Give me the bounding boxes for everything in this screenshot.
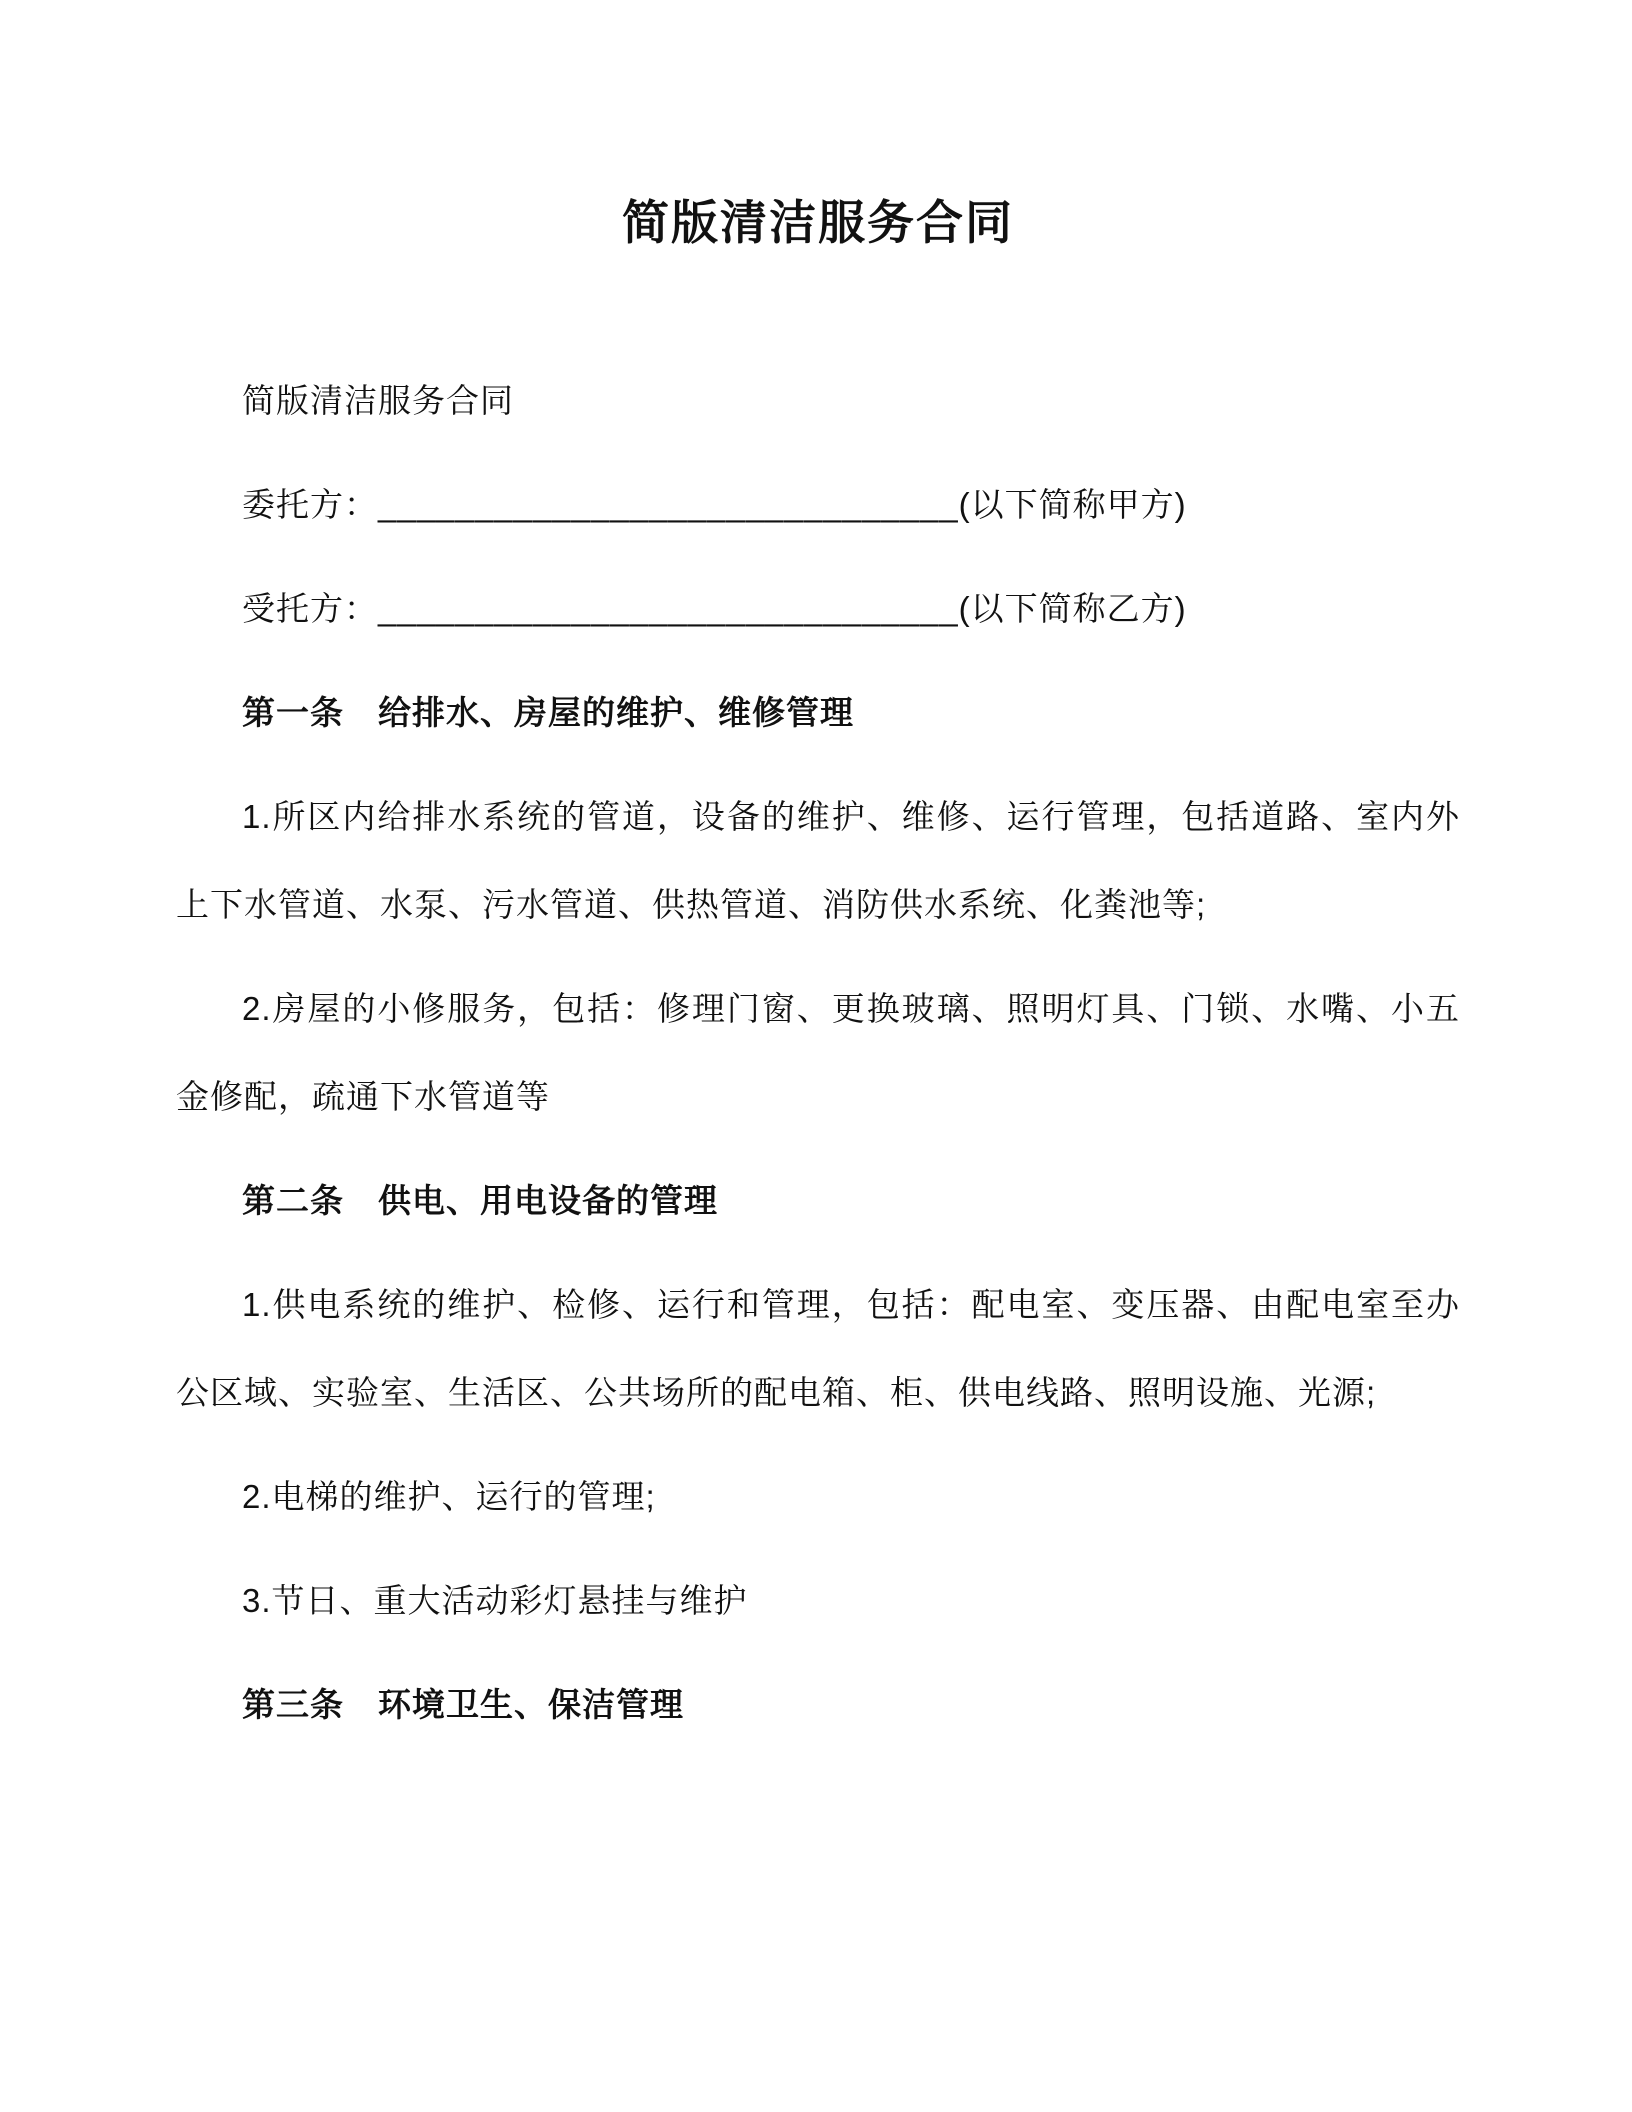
article-2-clause-2: 2.电梯的维护、运行的管理; xyxy=(176,1453,1460,1541)
article-1-clause-2: 2.房屋的小修服务，包括：修理门窗、更换玻璃、照明灯具、门锁、水嘴、小五金修配，… xyxy=(176,965,1460,1141)
article-2-clause-1: 1.供电系统的维护、检修、运行和管理，包括：配电室、变压器、由配电室至办公区域、… xyxy=(176,1261,1460,1437)
article-1-clause-1: 1.所区内给排水系统的管道，设备的维护、维修、运行管理，包括道路、室内外上下水管… xyxy=(176,773,1460,949)
article-2-heading: 第二条 供电、用电设备的管理 xyxy=(176,1157,1460,1245)
party-a-line: 委托方：______________________________(以下简称甲… xyxy=(176,461,1460,549)
article-3-heading: 第三条 环境卫生、保洁管理 xyxy=(176,1661,1460,1749)
article-2-clause-3: 3.节日、重大活动彩灯悬挂与维护 xyxy=(176,1557,1460,1645)
contract-document-page: 简版清洁服务合同 简版清洁服务合同 委托方：__________________… xyxy=(0,0,1632,2112)
document-title: 简版清洁服务合同 xyxy=(176,185,1460,261)
article-1-heading: 第一条 给排水、房屋的维护、维修管理 xyxy=(176,669,1460,757)
subtitle-line: 简版清洁服务合同 xyxy=(176,357,1460,445)
party-b-line: 受托方：______________________________(以下简称乙… xyxy=(176,565,1460,653)
